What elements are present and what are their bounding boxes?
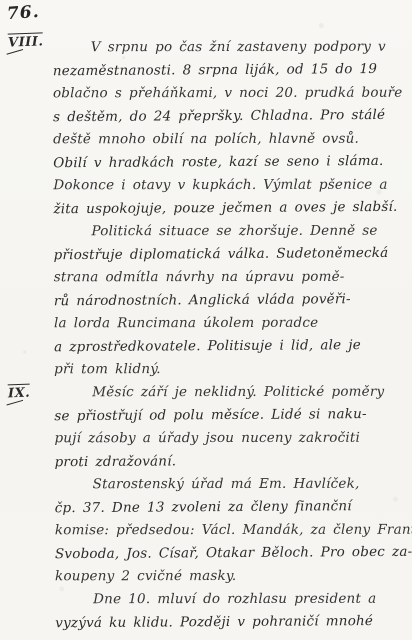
- text-line: Dokonce i otavy v kupkách. Výmlat pšenic…: [53, 174, 409, 198]
- text-line: la lorda Runcimana úkolem poradce: [54, 312, 410, 336]
- text-line: přiostřuje diplomatická válka. Sudetoněm…: [54, 242, 410, 267]
- text-line: strana odmítla návrhy na úpravu pomě-: [54, 266, 410, 290]
- text-line: V srpnu po čas žní zastaveny podpory v: [53, 36, 409, 60]
- text-line: pují zásoby a úřady jsou nuceny zakročit…: [54, 427, 410, 451]
- text-line: Obilí v hradkách roste, kazí se seno i s…: [53, 150, 409, 175]
- text-line: komise: předsedou: Václ. Mandák, za člen…: [55, 519, 411, 543]
- text-line: vyzývá ku klidu. Později v pohraničí mno…: [55, 610, 411, 635]
- text-line: Měsíc září je neklidný. Politické poměry: [54, 381, 410, 405]
- text-line: při tom klidný.: [54, 358, 410, 382]
- text-line: rů národnostních. Anglická vláda pověři-: [54, 288, 410, 313]
- margin-mark-viii: VIII.: [8, 32, 44, 52]
- text-line: oblačno s přeháňkami, v noci 20. prudká …: [53, 82, 409, 106]
- page-number: 76.: [6, 2, 40, 24]
- text-line: Svoboda, Jos. Císař, Otakar Běloch. Pro …: [55, 541, 411, 566]
- paragraph-political-situation: Politická situace se zhoršuje. Denně se …: [53, 219, 410, 382]
- text-line: Starostenský úřad má Em. Havlíček,: [55, 473, 411, 497]
- text-line: žita uspokojuje, pouze ječmen a oves je …: [53, 196, 409, 221]
- text-line: proti zdražování.: [54, 449, 410, 474]
- paragraph-august-weather: V srpnu po čas žní zastaveny podpory v n…: [53, 35, 410, 221]
- text-line: a zprostředkovatele. Politisuje i lid, a…: [54, 334, 410, 359]
- paragraph-september-unrest: Měsíc září je neklidný. Politické poměry…: [54, 380, 410, 474]
- handwritten-text-block: V srpnu po čas žní zastaveny podpory v n…: [53, 35, 412, 635]
- margin-mark-ix: IX.: [8, 384, 31, 403]
- text-line: deště mnoho obilí na polích, hlavně ovsů…: [53, 128, 409, 152]
- margin-mark-viii-label: VIII.: [8, 32, 44, 50]
- paragraph-president-speech: Dne 10. mluví do rozhlasu president a vy…: [55, 587, 411, 635]
- text-line: se přiostřují od polu měsíce. Lidé si na…: [54, 403, 410, 428]
- text-line: čp. 37. Dne 13 zvoleni za členy finanční: [55, 495, 411, 520]
- chronicle-page: 76. VIII. IX. V srpnu po čas žní zastave…: [0, 0, 412, 640]
- text-line: Politická situace se zhoršuje. Denně se: [54, 220, 410, 244]
- text-line: koupeny 2 cvičné masky.: [55, 565, 411, 589]
- text-line: Dne 10. mluví do rozhlasu president a: [55, 588, 411, 612]
- text-line: s deštěm, do 24 přepršky. Chladna. Pro s…: [53, 104, 409, 129]
- text-line: nezaměstnanosti. 8 srpna liják, od 15 do…: [53, 58, 409, 83]
- margin-mark-ix-label: IX.: [8, 384, 31, 401]
- paragraph-village-office: Starostenský úřad má Em. Havlíček, čp. 3…: [55, 472, 411, 589]
